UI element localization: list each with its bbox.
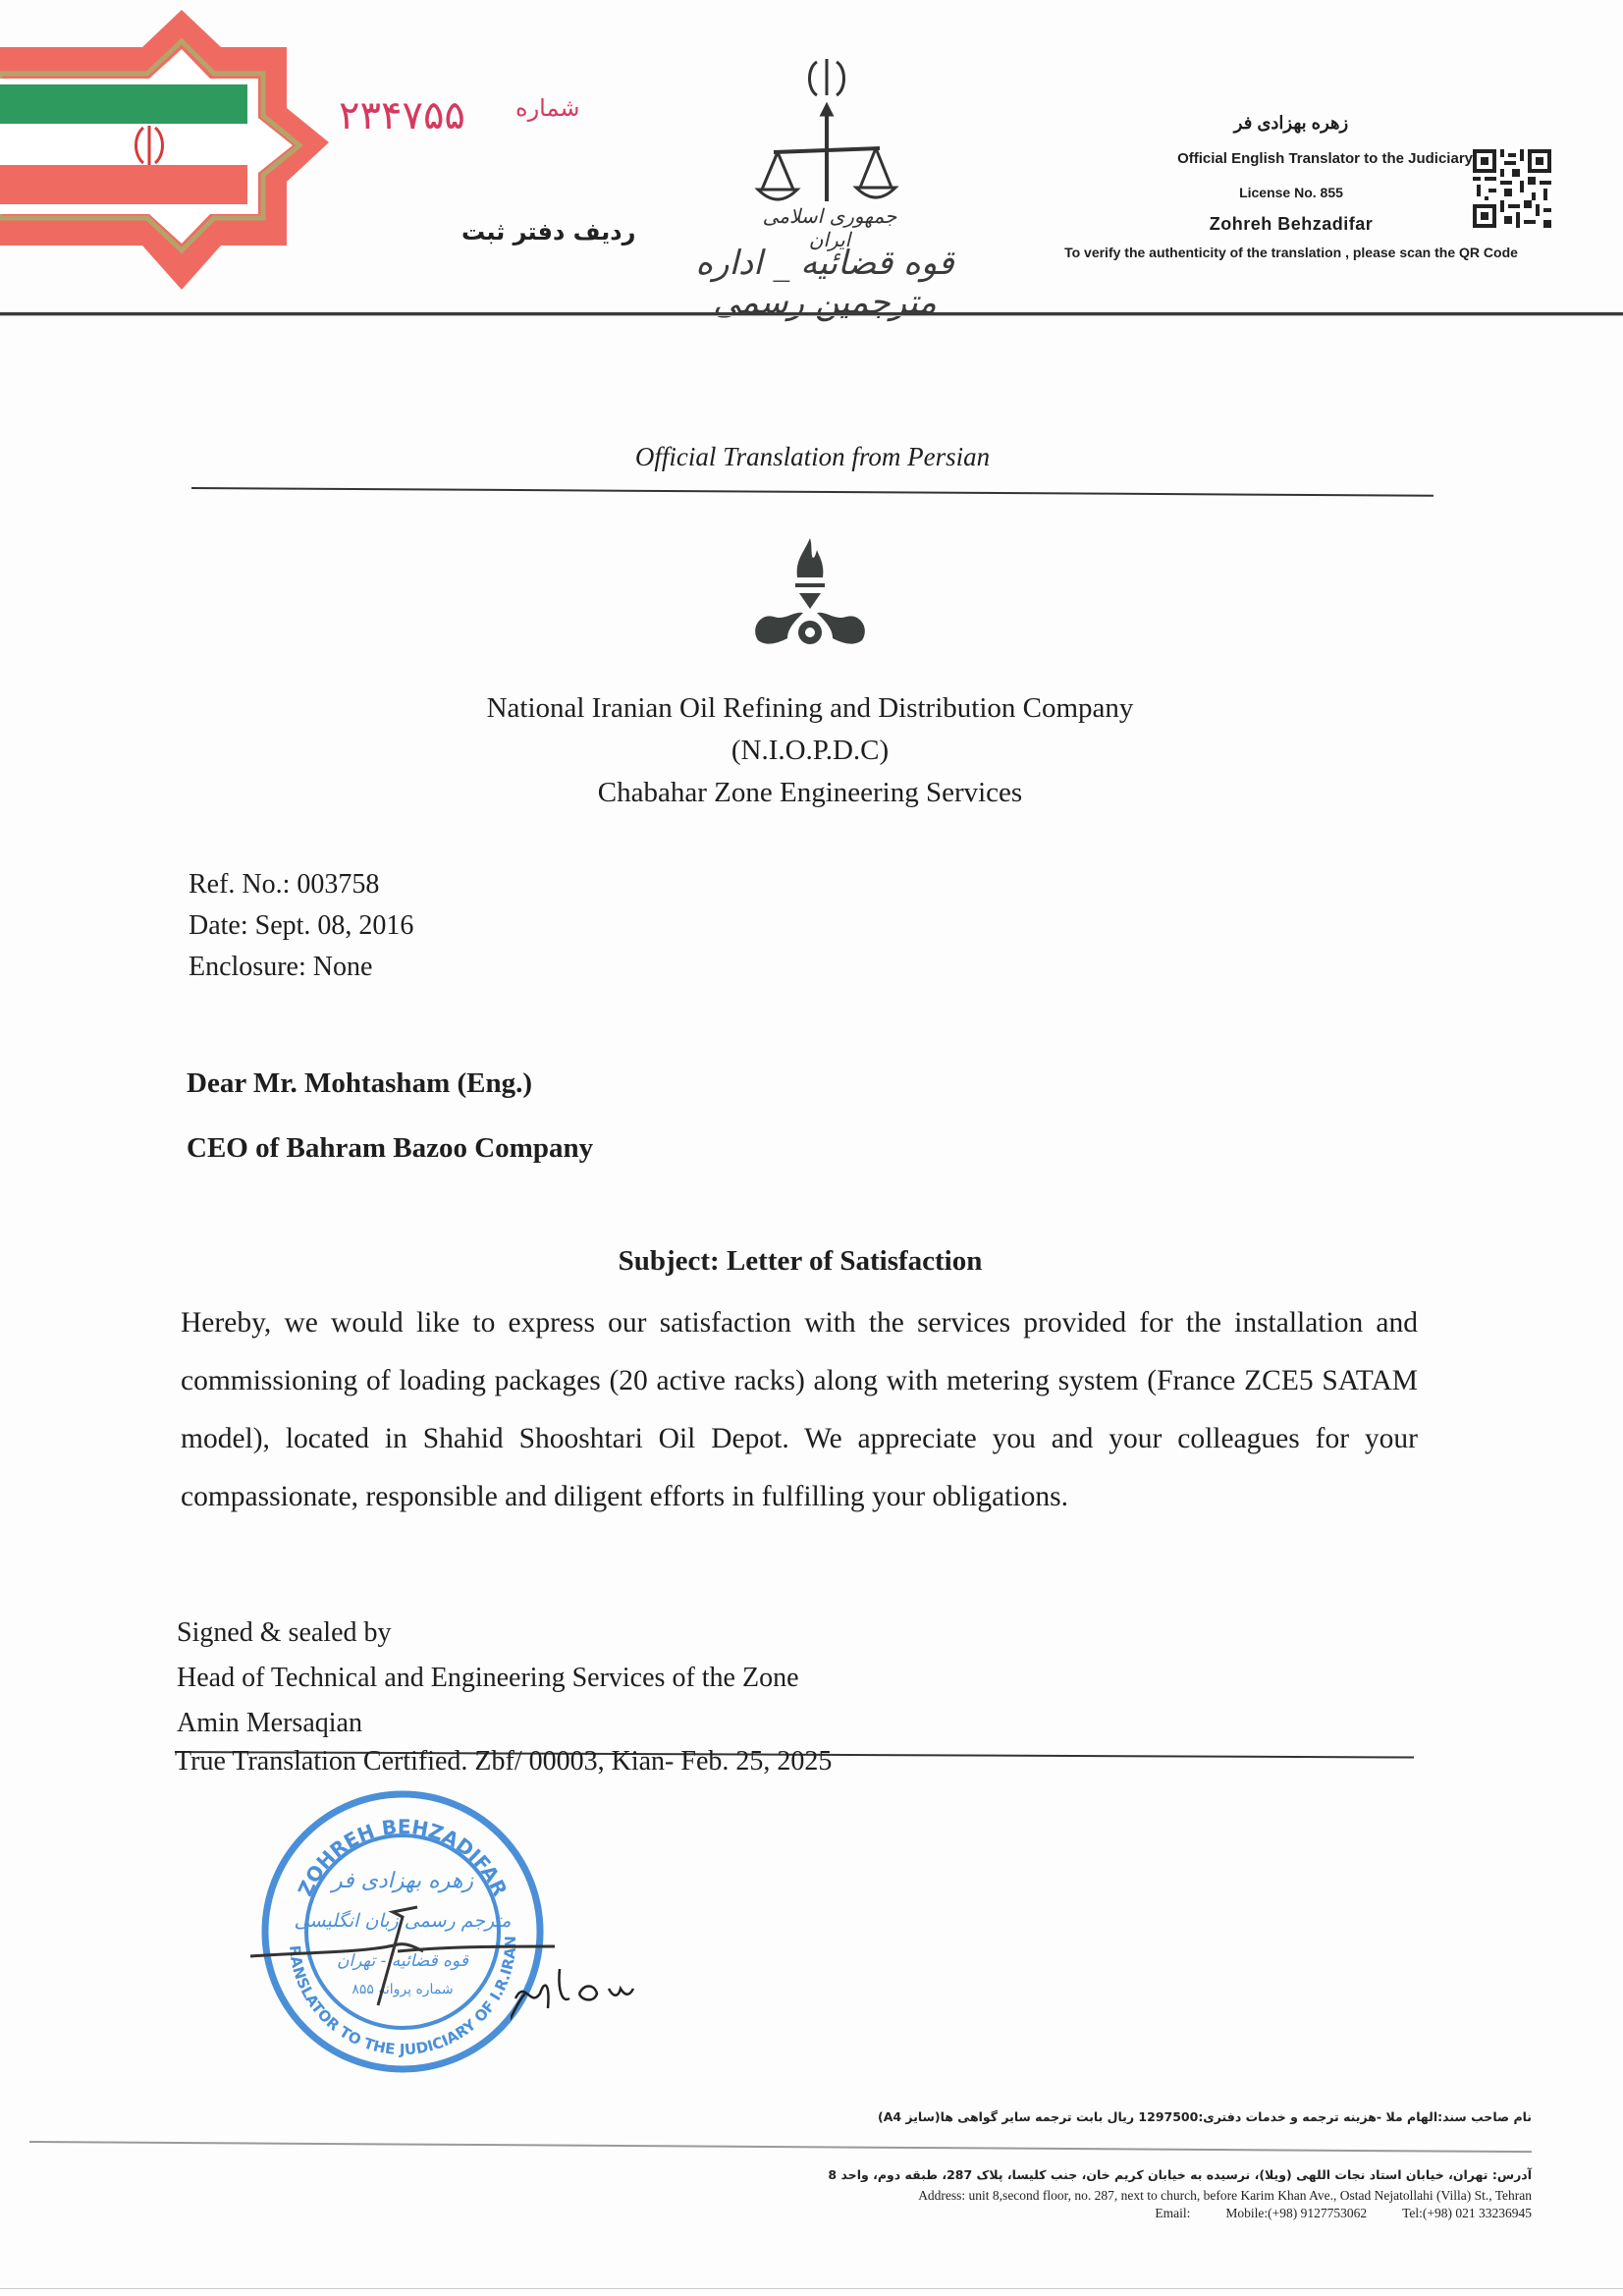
heading-divider	[191, 487, 1434, 497]
signature-line-2: Head of Technical and Engineering Servic…	[177, 1656, 799, 1701]
translation-heading: Official Translation from Persian	[191, 442, 1434, 472]
serial-number: ۲۳۴۷۵۵	[339, 93, 465, 138]
verify-note: To verify the authenticity of the transl…	[1026, 245, 1556, 260]
tel-number: Tel:(+98) 021 33236945	[1402, 2206, 1532, 2220]
letter-meta: Ref. No.: 003758 Date: Sept. 08, 2016 En…	[189, 864, 413, 988]
signature-line-1: Signed & sealed by	[177, 1611, 799, 1656]
addressee: Dear Mr. Mohtasham (Eng.) CEO of Bahram …	[187, 1051, 593, 1180]
fee-line: نام صاحب سند:الهام ملا -هزینه ترجمه و خد…	[805, 2109, 1532, 2124]
company-abbreviation: (N.I.O.P.D.C)	[295, 730, 1325, 772]
footer-divider	[29, 2141, 1532, 2153]
judiciary-department-label: قوه قضائیه _ اداره مترجمین رسمی	[653, 244, 997, 322]
page-bottom-edge	[0, 2288, 1623, 2289]
seal-inner-authority: قوه قضائیه - تهران	[337, 1951, 469, 1971]
seal-inner-license: شماره پروانه ۸۵۵	[352, 1982, 453, 1997]
signatory-name: Amin Mersaqian	[177, 1701, 799, 1746]
seal-inner-name: زهره بهزادی فر	[329, 1869, 473, 1893]
serial-label: شماره	[515, 94, 579, 122]
translator-title: Official English Translator to the Judic…	[1026, 150, 1473, 167]
letter-body: Hereby, we would like to express our sat…	[181, 1294, 1418, 1526]
email-label: Email:	[1155, 2206, 1190, 2220]
contact-line: Email:Mobile:(+98) 9127753062Tel:(+98) 0…	[884, 2206, 1532, 2221]
iran-flag-emblem-icon	[0, 0, 334, 304]
certification-line: True Translation Certified. Zbf/ 00003, …	[175, 1746, 832, 1777]
mobile-number: Mobile:(+98) 9127753062	[1225, 2206, 1367, 2220]
salutation: Dear Mr. Mohtasham (Eng.)	[187, 1051, 593, 1116]
company-header: National Iranian Oil Refining and Distri…	[295, 687, 1325, 814]
enclosure: Enclosure: None	[189, 947, 413, 988]
niopdc-flame-logo-icon	[746, 530, 874, 658]
subject-line: Subject: Letter of Satisfaction	[295, 1245, 1306, 1278]
qr-code-icon[interactable]	[1473, 149, 1551, 228]
translator-seal-stamp: ZOHREH BEHZADIFAR TRANSLATOR TO THE JUDI…	[250, 1779, 555, 2084]
addressee-position: CEO of Bahram Bazoo Company	[187, 1116, 593, 1180]
address-english: Address: unit 8,second floor, no. 287, n…	[687, 2188, 1532, 2204]
header-divider	[0, 312, 1623, 316]
translator-signature-icon	[511, 1940, 668, 2028]
signature-block: Signed & sealed by Head of Technical and…	[177, 1611, 799, 1746]
register-label: ردیف دفتر ثبت	[461, 218, 635, 246]
company-name: National Iranian Oil Refining and Distri…	[295, 687, 1325, 730]
letter-date: Date: Sept. 08, 2016	[189, 905, 413, 947]
translator-name-fa: زهره بهزادی فر	[1026, 113, 1556, 134]
address-persian: آدرس: تهران، خیابان استاد نجات اللهی (وی…	[785, 2167, 1532, 2182]
company-division: Chabahar Zone Engineering Services	[295, 772, 1325, 814]
ref-number: Ref. No.: 003758	[189, 864, 413, 905]
